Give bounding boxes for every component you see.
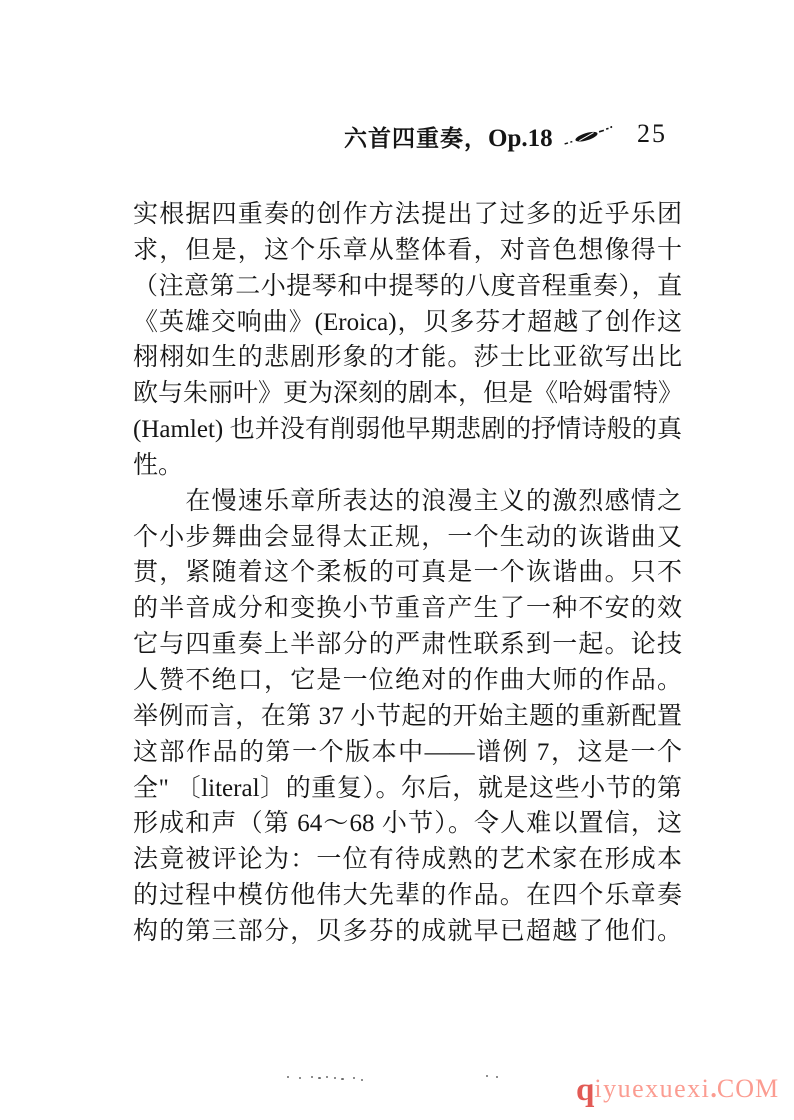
watermark-main: iyuexuexi bbox=[594, 1074, 710, 1103]
text-line: 栩栩如生的悲剧形象的才能。莎士比亚欲写出比《罗密 bbox=[133, 340, 682, 376]
running-title: 六首四重奏，Op.18 bbox=[344, 120, 553, 153]
text-line: 的半音成分和变换小节重音产生了一种不安的效果，把 bbox=[133, 591, 682, 627]
page-header: 六首四重奏，Op.18 25 bbox=[0, 118, 794, 158]
text-line: 它与四重奏上半部分的严肃性联系到一起。论技巧，令 bbox=[133, 627, 682, 663]
page-number: 25 bbox=[637, 119, 667, 149]
text-line: 贯，紧随着这个柔板的可真是一个诙谐曲。只不过其中 bbox=[133, 555, 682, 591]
text-line: 实根据四重奏的创作方法提出了过多的近乎乐团的要 bbox=[133, 197, 682, 233]
text-line: 构的第三部分，贝多芬的成就早已超越了他们。这个优秀 bbox=[133, 914, 682, 950]
watermark-tld: COM bbox=[717, 1074, 779, 1103]
text-line: 的过程中模仿他伟大先辈的作品。在四个乐章奏鸣曲架 bbox=[133, 878, 682, 914]
text-line: 人赞不绝口，它是一位绝对的作曲大师的作品。注意， bbox=[133, 663, 682, 699]
text-line: 个小步舞曲会显得太正规，一个生动的诙谐曲又太不连 bbox=[133, 520, 682, 556]
text-line: 这部作品的第一个版本中——谱例 7，这是一个 "完 bbox=[133, 735, 682, 771]
text-line: 在慢速乐章所表达的浪漫主义的激烈感情之后，一 bbox=[133, 484, 682, 520]
watermark: qiyuexuexi.COM bbox=[576, 1072, 779, 1109]
text-line: 举例而言，在第 37 小节起的开始主题的重新配置（在 bbox=[133, 699, 682, 735]
watermark-prefix: q bbox=[576, 1072, 594, 1108]
text-line: 性。 bbox=[133, 448, 682, 484]
text-line: 求，但是，这个乐章从整体看，对音色想像得十分美妙 bbox=[133, 233, 682, 269]
text-line: 《英雄交响曲》(Eroica)，贝多芬才超越了创作这个柔板 bbox=[133, 305, 682, 341]
text-line: 形成和声（第 64～68 小节）。令人难以置信，这种谱写 bbox=[133, 806, 682, 842]
text-line: 法竟被评论为：一位有待成熟的艺术家在形成本人风格 bbox=[133, 842, 682, 878]
text-line: 欧与朱丽叶》更为深刻的剧本，但是《哈姆雷特》 bbox=[133, 376, 682, 412]
running-title-opus: Op.18 bbox=[488, 125, 553, 152]
running-title-chinese: 六首四重奏， bbox=[344, 125, 488, 151]
quill-pen-icon bbox=[556, 118, 618, 152]
book-page: 六首四重奏，Op.18 25 实根据四重奏的创作方法提出了过多的近乎乐团的要求，… bbox=[0, 0, 794, 1120]
body-text: 实根据四重奏的创作方法提出了过多的近乎乐团的要求，但是，这个乐章从整体看，对音色… bbox=[133, 197, 682, 950]
text-line: 全" 〔literal〕的重复）。尔后，就是这些小节的第三次 bbox=[133, 771, 682, 807]
text-line: （注意第二小提琴和中提琴的八度音程重奏），直到写出 bbox=[133, 269, 682, 305]
text-line: (Hamlet) 也并没有削弱他早期悲剧的抒情诗般的真实 bbox=[133, 412, 682, 448]
